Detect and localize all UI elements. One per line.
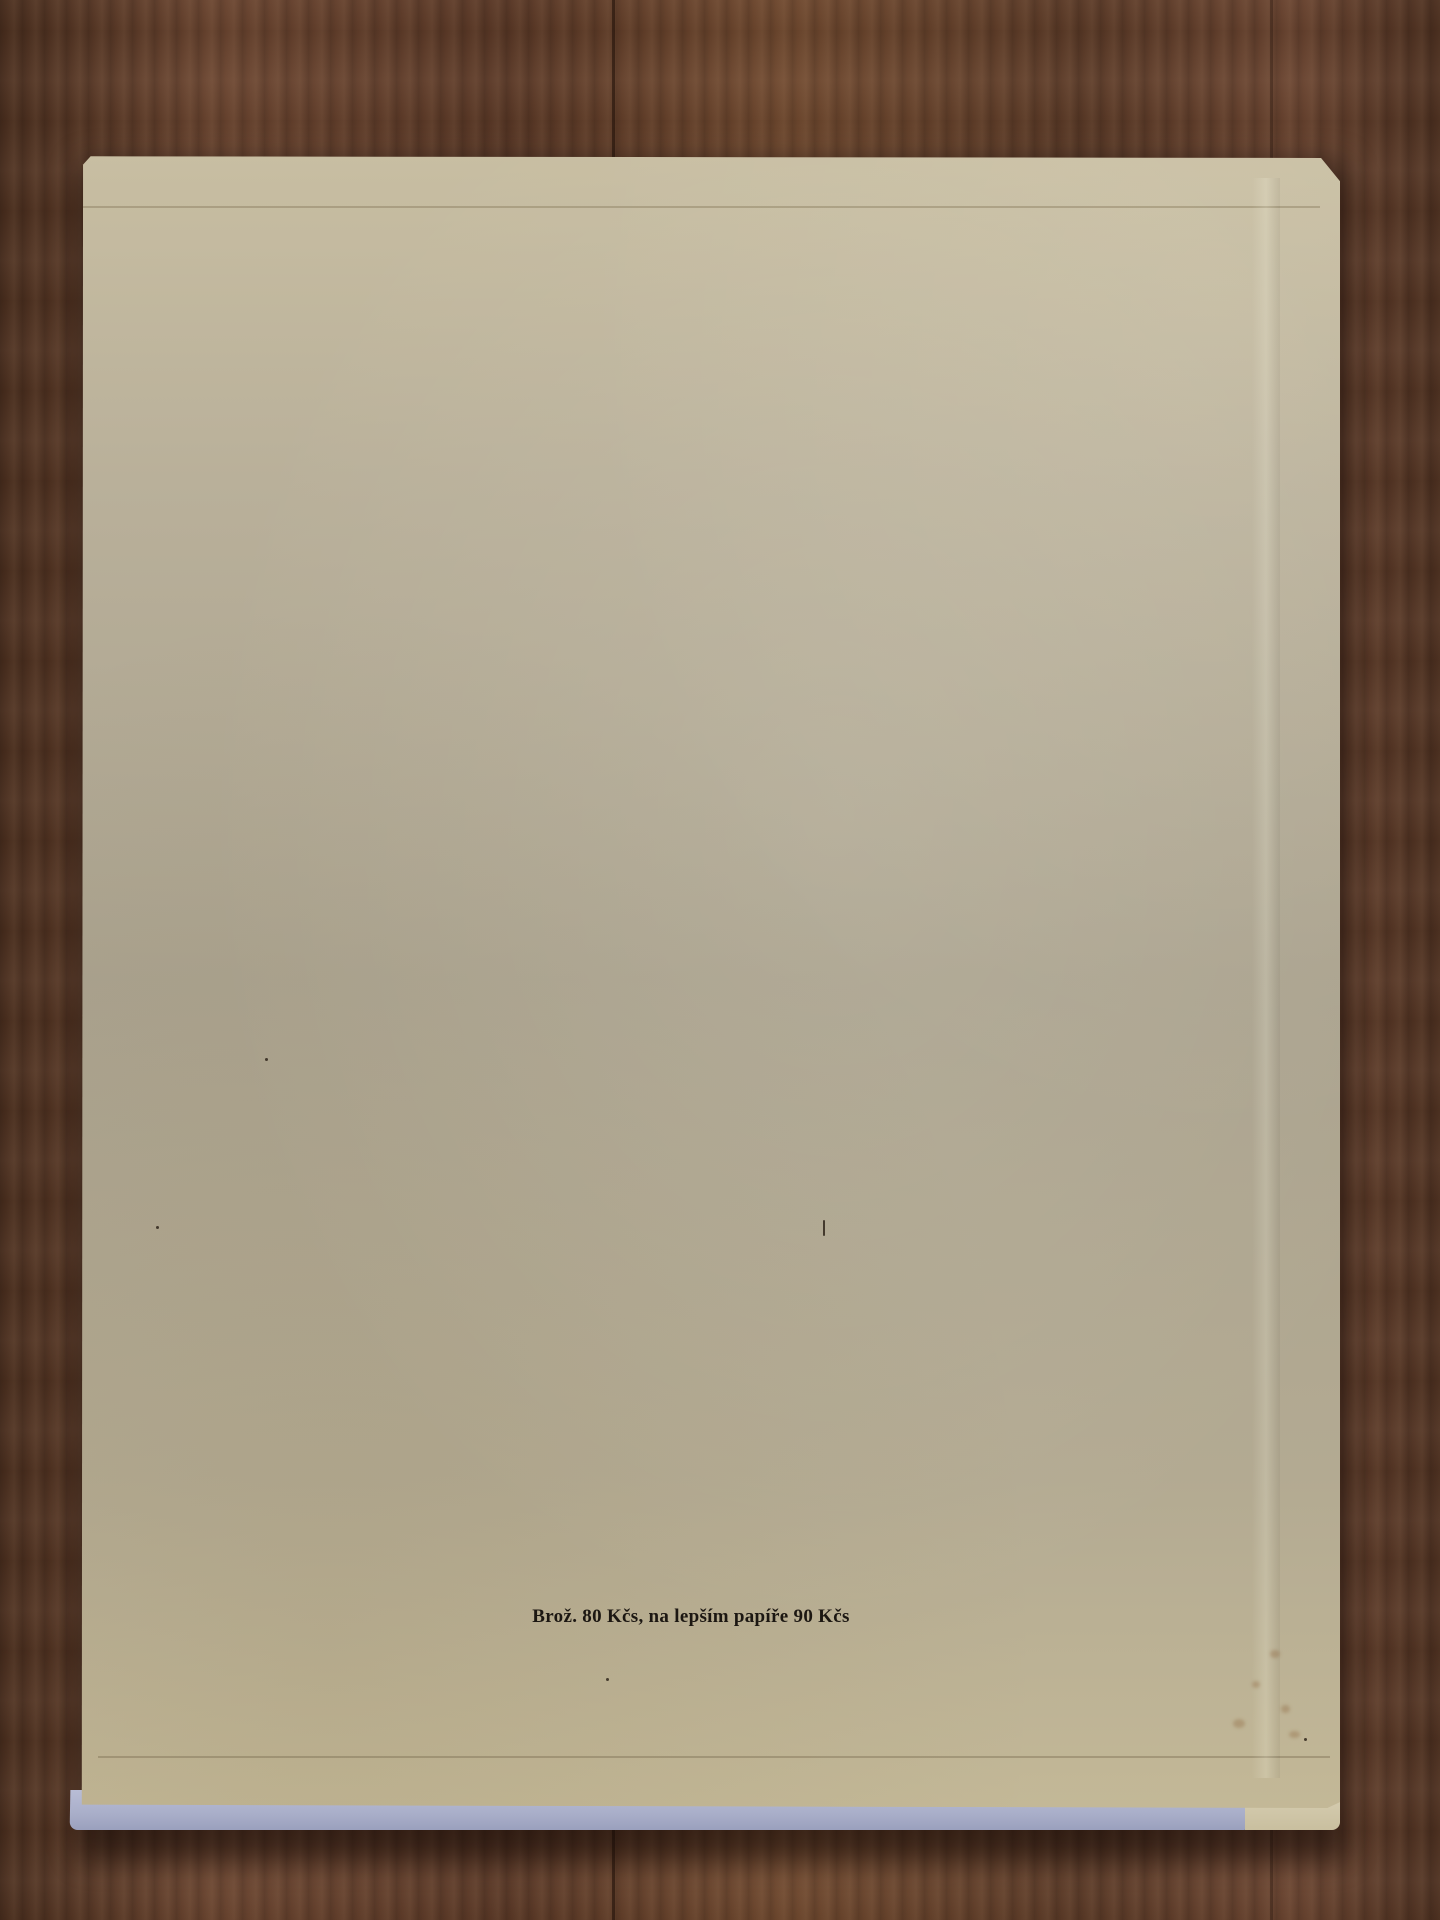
stain-spot [1270,1650,1280,1658]
spine-highlight [1252,178,1280,1778]
price-line: Brož. 80 Kčs, na lepším papíře 90 Kčs [60,1606,1322,1628]
stain-spot [1281,1705,1290,1713]
paper-speck [156,1226,159,1229]
stain-spot [1289,1731,1300,1738]
paper-speck [265,1058,268,1061]
paper-speck [1304,1738,1307,1741]
stain-spot [1252,1681,1260,1688]
paper-speck [606,1678,609,1681]
book-back-cover: Brož. 80 Kčs, na lepším papíře 90 Kčs [78,148,1340,1808]
stain-spot [1233,1719,1245,1728]
jacket-top-fold [78,206,1320,208]
paper-mark [823,1220,825,1236]
jacket-bottom-fold [98,1756,1330,1758]
